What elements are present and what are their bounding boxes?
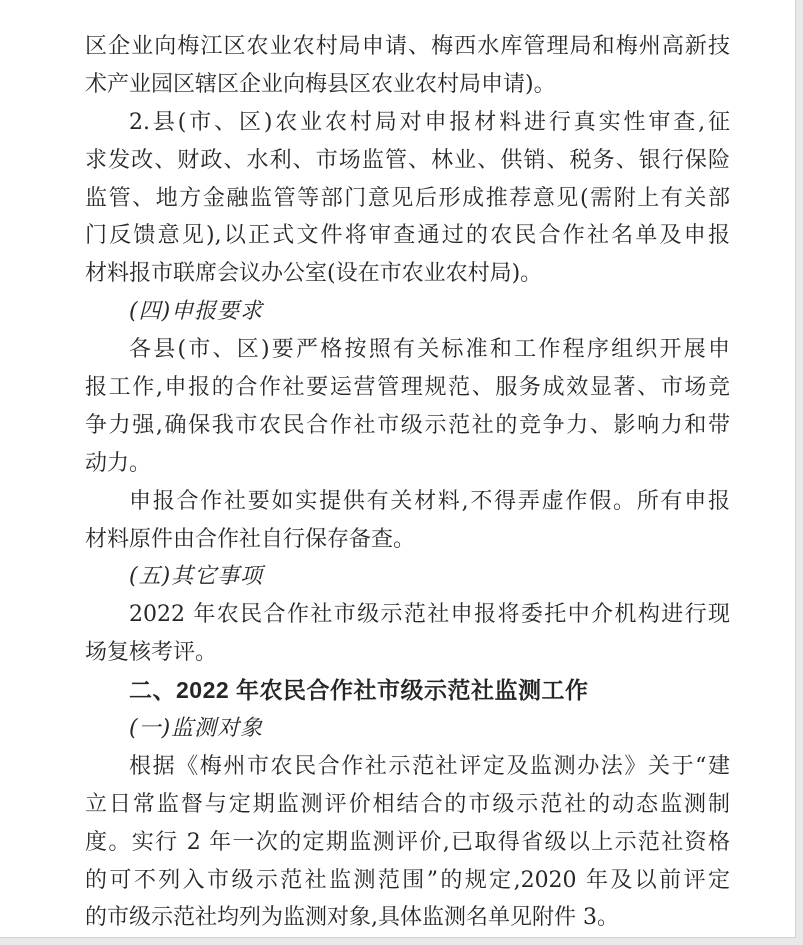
text-line: 材料原件由合作社自行保存备查。 — [85, 521, 730, 559]
text-line: 场复核考评。 — [85, 634, 730, 672]
text-line: 区企业向梅江区农业农村局申请、梅西水库管理局和梅州高新技 — [85, 28, 730, 66]
document-viewer: { "page": { "background_color": "#e9e9ec… — [0, 0, 803, 945]
text-line: 监管、地方金融监管等部门意见后形成推荐意见(需附上有关部 — [85, 180, 730, 218]
document-body: 区企业向梅江区农业农村局申请、梅西水库管理局和梅州高新技术产业园区辖区企业向梅县… — [85, 28, 730, 937]
text-line: (一)监测对象 — [85, 710, 730, 748]
text-line: 度。实行 2 年一次的定期监测评价,已取得省级以上示范社资格 — [85, 824, 730, 862]
text-line: 动力。 — [85, 445, 730, 483]
text-line: 根据《梅州市农民合作社示范社评定及监测办法》关于“建 — [85, 748, 730, 786]
text-line: 立日常监督与定期监测评价相结合的市级示范社的动态监测制 — [85, 786, 730, 824]
text-line: 各县(市、区)要严格按照有关标准和工作程序组织开展申 — [85, 331, 730, 369]
text-line: 申报合作社要如实提供有关材料,不得弄虚作假。所有申报 — [85, 483, 730, 521]
text-line: 争力强,确保我市农民合作社市级示范社的竞争力、影响力和带 — [85, 407, 730, 445]
text-line: 的市级示范社均列为监测对象,具体监测名单见附件 3。 — [85, 899, 730, 937]
text-line: (五)其它事项 — [85, 558, 730, 596]
text-line: 2.县(市、区)农业农村局对申报材料进行真实性审查,征 — [85, 104, 730, 142]
document-page: 区企业向梅江区农业农村局申请、梅西水库管理局和梅州高新技术产业园区辖区企业向梅县… — [0, 0, 796, 938]
text-line: (四)申报要求 — [85, 293, 730, 331]
text-line: 门反馈意见),以正式文件将审查通过的农民合作社名单及申报 — [85, 217, 730, 255]
text-line: 的可不列入市级示范社监测范围”的规定,2020 年及以前评定 — [85, 862, 730, 900]
text-line: 2022 年农民合作社市级示范社申报将委托中介机构进行现 — [85, 596, 730, 634]
page-bottom-margin — [0, 938, 803, 945]
text-line: 二、2022 年农民合作社市级示范社监测工作 — [85, 672, 730, 710]
text-line: 术产业园区辖区企业向梅县区农业农村局申请)。 — [85, 66, 730, 104]
page-right-margin — [796, 0, 803, 945]
text-line: 求发改、财政、水利、市场监管、林业、供销、税务、银行保险 — [85, 142, 730, 180]
text-line: 报工作,申报的合作社要运营管理规范、服务成效显著、市场竞 — [85, 369, 730, 407]
text-line: 材料报市联席会议办公室(设在市农业农村局)。 — [85, 255, 730, 293]
